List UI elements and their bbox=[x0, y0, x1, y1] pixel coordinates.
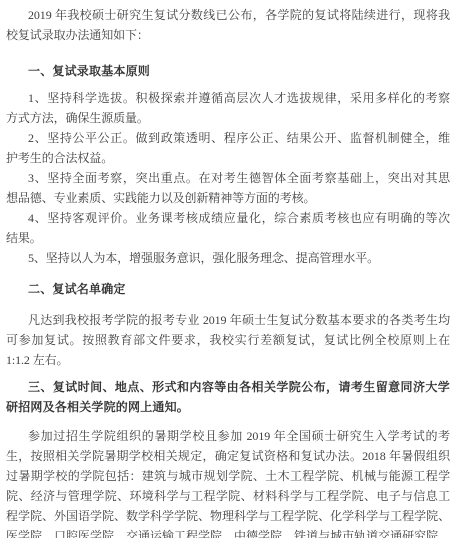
document-line: 可参加复试。按照教育部文件要求，我校实行差额复试，复试比例全校原则上在 bbox=[6, 330, 450, 350]
document-line: 程学院、外国语学院、数学科学学院、物理科学与工程学院、化学科学与工程学院、 bbox=[6, 506, 450, 526]
document-line: 参加过招生学院组织的暑期学校且参加 2019 年全国硕士研究生入学考试的考 bbox=[6, 426, 450, 446]
document-line: 研招网及各相关学院的网上通知。 bbox=[6, 397, 450, 417]
document-line: 一、复试录取基本原则 bbox=[6, 61, 450, 81]
document-line: 4、坚持客观评价。业务课考核成绩应量化，综合素质考核也应有明确的等次 bbox=[6, 208, 450, 228]
document-line: 结果。 bbox=[6, 228, 450, 248]
document-line: 2019 年我校硕士研究生复试分数线已公布，各学院的复试将陆续进行，现将我 bbox=[6, 5, 450, 25]
document-line: 想品德、专业素质、实践能力以及创新精神等方面的考核。 bbox=[6, 188, 450, 208]
document-line: 三、复试时间、地点、形式和内容等由各相关学院公布，请考生留意同济大学 bbox=[6, 377, 450, 397]
section-1-items: 1、坚持科学选拔。积极探索并遵循高层次人才选拔规律，采用多样化的考察方式方法，确… bbox=[6, 88, 450, 268]
document-line: 1:1.2 左右。 bbox=[6, 350, 450, 370]
summer-school-paragraph: 参加过招生学院组织的暑期学校且参加 2019 年全国硕士研究生入学考试的考生，按… bbox=[6, 426, 450, 538]
intro-paragraph: 2019 年我校硕士研究生复试分数线已公布，各学院的复试将陆续进行，现将我校复试… bbox=[6, 5, 450, 45]
document-line: 校复试录取办法通知如下： bbox=[6, 25, 450, 45]
section-2-paragraph: 凡达到我校报考学院的报考专业 2019 年硕士生复试分数基本要求的各类考生均可参… bbox=[6, 310, 450, 370]
section-1-heading: 一、复试录取基本原则 bbox=[6, 61, 450, 81]
document-page: 2019 年我校硕士研究生复试分数线已公布，各学院的复试将陆续进行，现将我校复试… bbox=[0, 0, 458, 538]
document-line: 2、坚持公平公正。做到政策透明、程序公正、结果公开、监督机制健全，维 bbox=[6, 128, 450, 148]
document-line: 院、经济与管理学院、环境科学与工程学院、材料科学与工程学院、电子与信息工 bbox=[6, 486, 450, 506]
document-line: 方式方法，确保生源质量。 bbox=[6, 108, 450, 128]
document-line: 二、复试名单确定 bbox=[6, 279, 450, 299]
document-line: 生，按照相关学院暑期学校相关规定，确定复试资格和复试办法。2018 年暑假组织 bbox=[6, 446, 450, 466]
document-line: 5、坚持以人为本，增强服务意识，强化服务理念、提高管理水平。 bbox=[6, 248, 450, 268]
document-line: 医学院、口腔医学院、交通运输工程学院、中德学院、铁道与城市轨道交通研究院、 bbox=[6, 526, 450, 538]
section-2-heading: 二、复试名单确定 bbox=[6, 279, 450, 299]
document-line: 护考生的合法权益。 bbox=[6, 148, 450, 168]
document-line: 凡达到我校报考学院的报考专业 2019 年硕士生复试分数基本要求的各类考生均 bbox=[6, 310, 450, 330]
document-line: 3、坚持全面考察，突出重点。在对考生德智体全面考察基础上，突出对其思 bbox=[6, 168, 450, 188]
document-line: 1、坚持科学选拔。积极探索并遵循高层次人才选拔规律，采用多样化的考察 bbox=[6, 88, 450, 108]
section-3-heading: 三、复试时间、地点、形式和内容等由各相关学院公布，请考生留意同济大学研招网及各相… bbox=[6, 377, 450, 417]
document-line: 过暑期学校的学院包括：建筑与城市规划学院、土木工程学院、机械与能源工程学 bbox=[6, 466, 450, 486]
